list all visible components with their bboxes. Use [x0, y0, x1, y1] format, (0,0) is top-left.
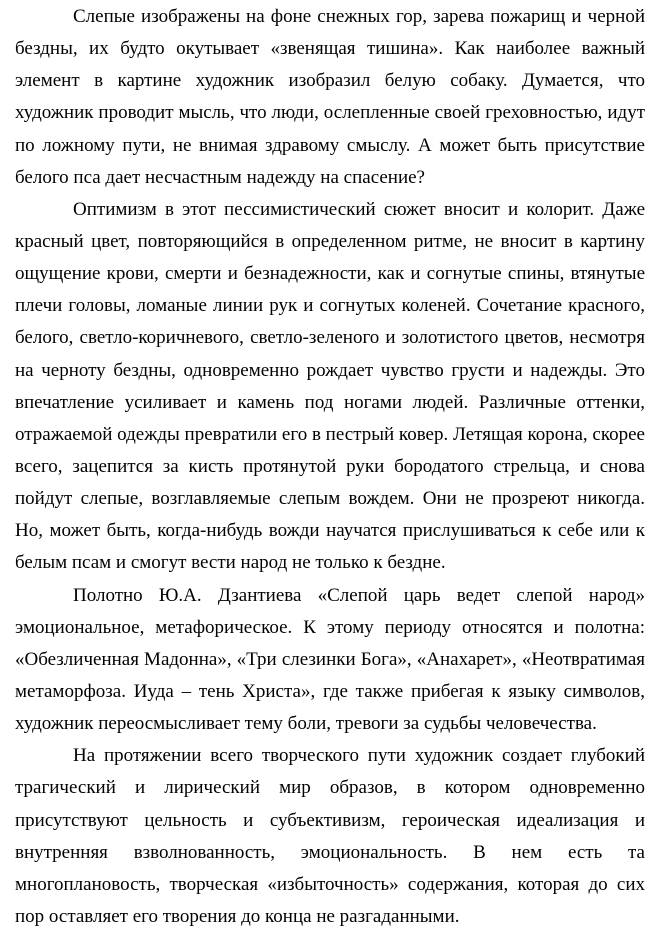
document-page: Слепые изображены на фоне снежных гор, з… [0, 0, 652, 943]
text-line: впечатление усиливает и камень под ногам… [15, 387, 645, 419]
text-line: Полотно Ю.А. Дзантиева «Слепой царь веде… [15, 580, 645, 612]
text-line: белого пса дает несчастным надежду на сп… [15, 162, 645, 194]
text-line: Слепые изображены на фоне снежных гор, з… [15, 1, 645, 33]
text-line: плечи головы, ломаные линии рук и согнут… [15, 290, 645, 322]
text-line: На протяжении всего творческого пути худ… [15, 740, 645, 772]
text-line: «Обезличенная Мадонна», «Три слезинки Бо… [15, 644, 645, 676]
paragraph: Полотно Ю.А. Дзантиева «Слепой царь веде… [15, 580, 645, 741]
paragraph: На протяжении всего творческого пути худ… [15, 740, 645, 933]
text-line: белого, светло-коричневого, светло-зелен… [15, 322, 645, 354]
text-line: Но, может быть, когда-нибудь вожди науча… [15, 515, 645, 547]
paragraph: Слепые изображены на фоне снежных гор, з… [15, 1, 645, 194]
paragraph: Оптимизм в этот пессимистический сюжет в… [15, 194, 645, 580]
text-line: ощущение крови, смерти и безнадежности, … [15, 258, 645, 290]
text-line: белым псам и смогут вести народ не тольк… [15, 547, 645, 579]
text-line: всего, зацепится за кисть протянутой рук… [15, 451, 645, 483]
text-line: многоплановость, творческая «избыточност… [15, 869, 645, 901]
text-line: художник проводит мысль, что люди, ослеп… [15, 97, 645, 129]
text-line: художник переосмысливает тему боли, трев… [15, 708, 645, 740]
text-line: присутствуют цельность и субъективизм, г… [15, 805, 645, 837]
text-line: внутренняя взволнованность, эмоционально… [15, 837, 645, 869]
text-line: элемент в картине художник изобразил бел… [15, 65, 645, 97]
text-line: бездны, их будто окутывает «звенящая тиш… [15, 33, 645, 65]
text-line: метаморфоза. Иуда – тень Христа», где та… [15, 676, 645, 708]
text-line: трагический и лирический мир образов, в … [15, 772, 645, 804]
text-line: пор оставляет его творения до конца не р… [15, 901, 645, 933]
text-line: пойдут слепые, возглавляемые слепым вожд… [15, 483, 645, 515]
text-line: на черноту бездны, одновременно рождает … [15, 355, 645, 387]
text-line: Оптимизм в этот пессимистический сюжет в… [15, 194, 645, 226]
text-line: эмоциональное, метафорическое. К этому п… [15, 612, 645, 644]
text-line: красный цвет, повторяющийся в определенн… [15, 226, 645, 258]
document-body: Слепые изображены на фоне снежных гор, з… [15, 1, 645, 933]
text-line: отражаемой одежды превратили его в пестр… [15, 419, 645, 451]
text-line: по ложному пути, не внимая здравому смыс… [15, 130, 645, 162]
